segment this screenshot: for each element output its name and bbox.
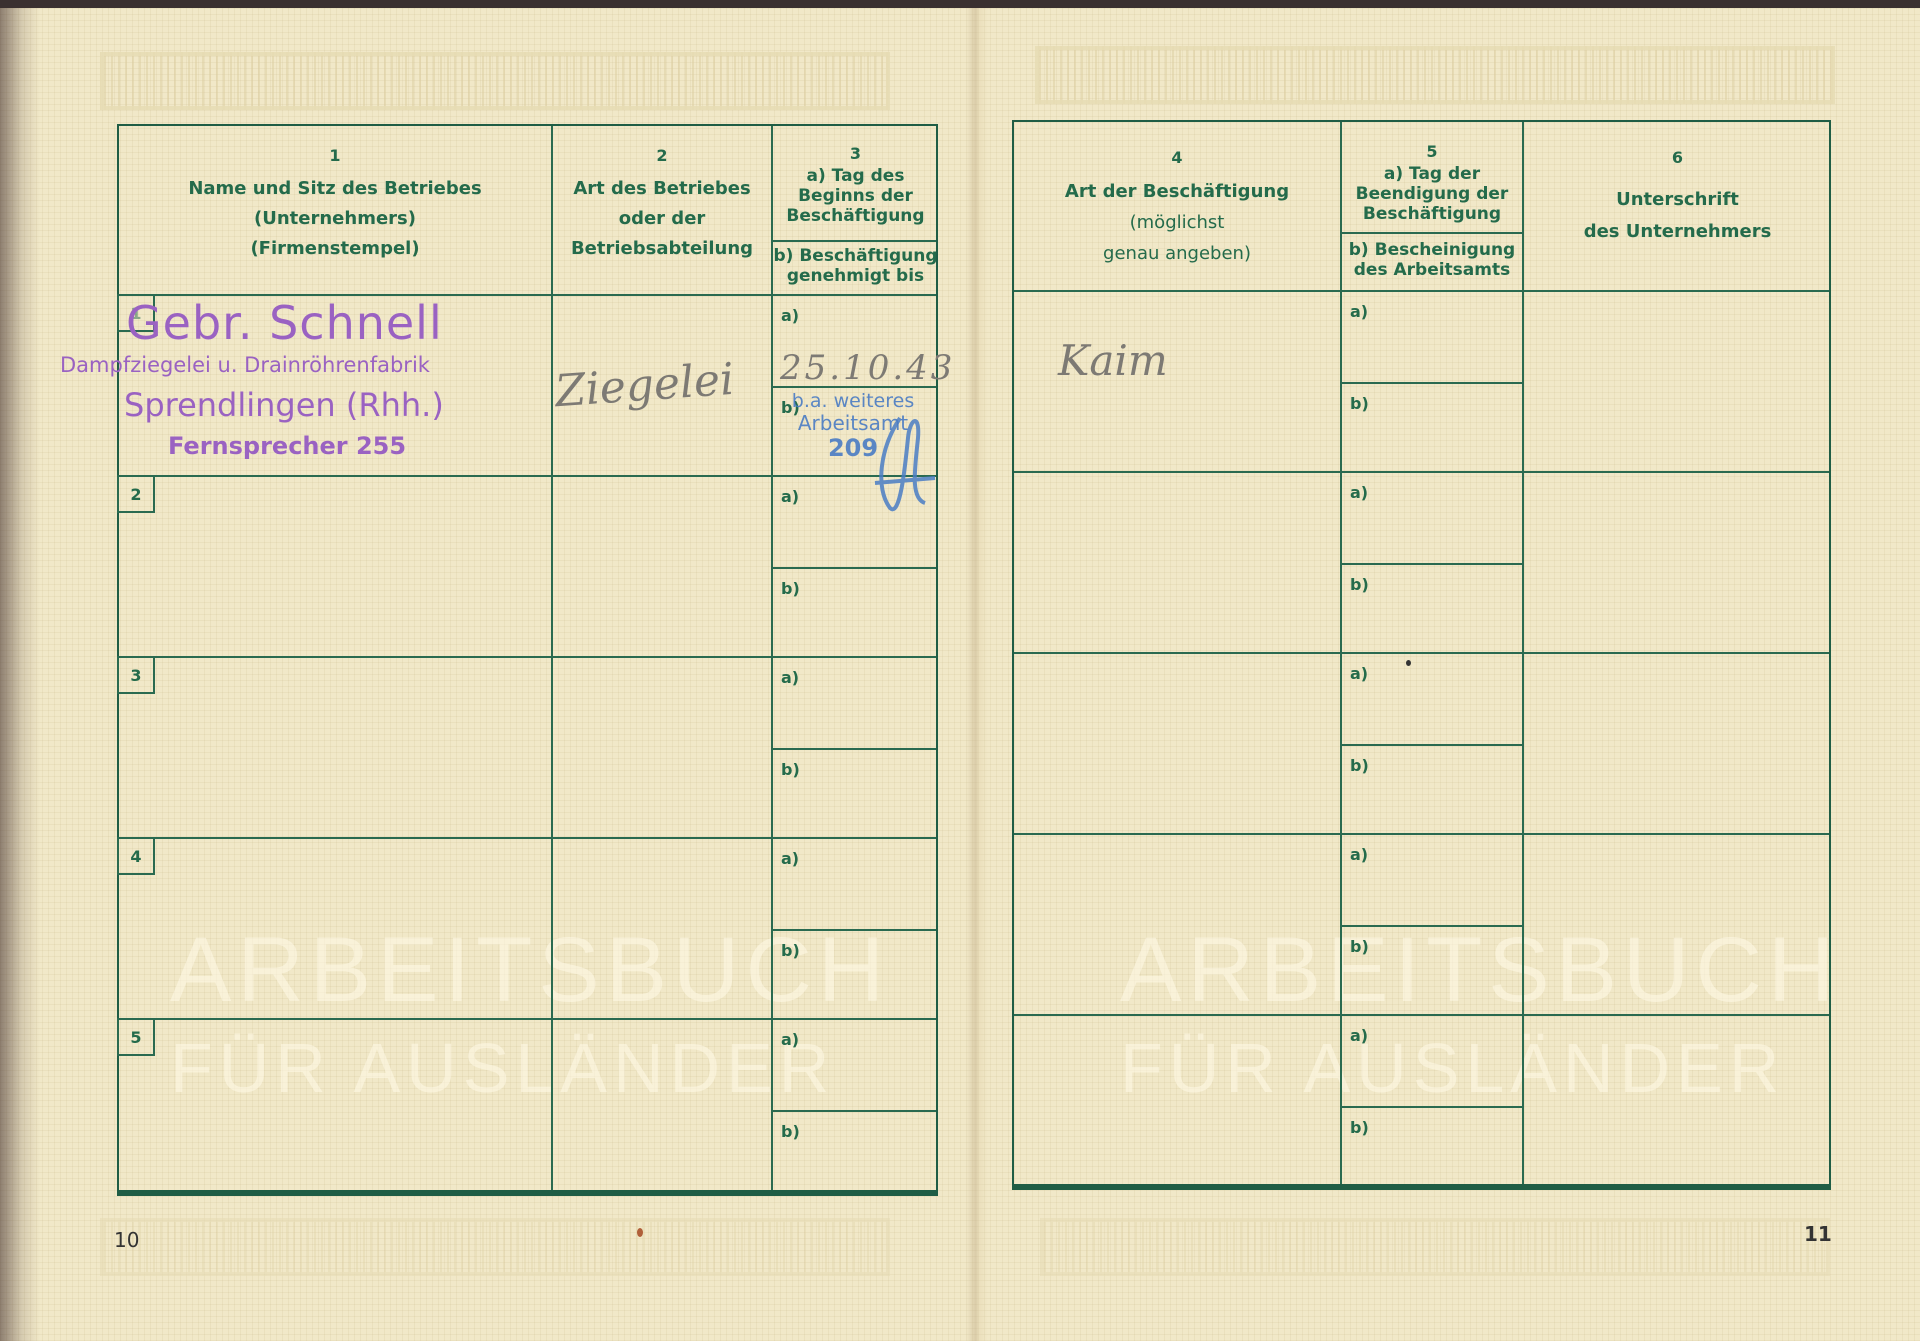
col3-header-split <box>771 240 936 242</box>
row3-b-label: b) <box>781 760 800 779</box>
table-bottom-rule <box>117 1191 938 1196</box>
row4-b-label: b) <box>781 941 800 960</box>
col3a-line2: Beginns der <box>773 186 938 206</box>
col1-line1: Name und Sitz des Betriebes <box>119 174 551 204</box>
header-col2: 2 Art des Betriebes oder der Betriebsabt… <box>553 144 771 264</box>
company-stamp-name: Gebr. Schnell <box>126 296 443 350</box>
ab-split <box>1340 744 1524 746</box>
column-divider <box>551 126 553 1190</box>
col3b-line1: b) Beschäftigung <box>773 246 938 266</box>
col3b-line2: genehmigt bis <box>773 266 938 286</box>
row-divider <box>119 837 936 839</box>
col1-line3: (Firmenstempel) <box>119 234 551 264</box>
official-signature-icon <box>870 408 940 523</box>
row-number-4: 4 <box>117 837 155 875</box>
col2-number: 2 <box>553 144 771 168</box>
col2-line3: Betriebsabteilung <box>553 234 771 264</box>
row5-b-label: b) <box>1350 1118 1369 1137</box>
col5b-line1: b) Bescheinigung <box>1342 240 1522 260</box>
row5-b-label: b) <box>781 1122 800 1141</box>
col3a-line3: Beschäftigung <box>773 206 938 226</box>
header-col1: 1 Name und Sitz des Betriebes (Unternehm… <box>119 144 551 264</box>
ab-split <box>1340 925 1524 927</box>
col5-number: 5 <box>1342 142 1522 162</box>
col2-line1: Art des Betriebes <box>553 174 771 204</box>
header-col3a: 3 a) Tag des Beginns der Beschäftigung <box>773 144 938 226</box>
row-number-5: 5 <box>117 1018 155 1056</box>
ab-split <box>1340 382 1524 384</box>
header-col5b: b) Bescheinigung des Arbeitsamts <box>1342 240 1522 280</box>
col4-line1: Art der Beschäftigung <box>1014 176 1340 207</box>
company-stamp-city: Sprendlingen (Rhh.) <box>124 386 444 424</box>
col5-header-split <box>1340 232 1524 234</box>
row2-a-label: a) <box>781 487 799 506</box>
decorative-band-top-right <box>1035 46 1835 104</box>
handwritten-start-date: 25.10.43 <box>780 348 955 388</box>
paper-speck <box>637 1228 643 1237</box>
decorative-band-bottom-left <box>100 1218 890 1276</box>
company-stamp-business: Dampfziegelei u. Drainröhrenfabrik <box>60 353 430 377</box>
col3-number: 3 <box>773 144 938 164</box>
row-divider <box>1014 833 1829 835</box>
col3a-line1: a) Tag des <box>773 166 938 186</box>
header-divider <box>1014 290 1829 292</box>
row-number-label: 4 <box>130 847 141 866</box>
col4-number: 4 <box>1014 146 1340 170</box>
header-col3b: b) Beschäftigung genehmigt bis <box>773 246 938 286</box>
row1-a-label: a) <box>781 306 799 325</box>
row-number-2: 2 <box>117 475 155 513</box>
row-divider <box>119 656 936 658</box>
col1-line2: (Unternehmers) <box>119 204 551 234</box>
row-number-label: 2 <box>130 485 141 504</box>
ab-split <box>1340 1106 1524 1108</box>
col2-line2: oder der <box>553 204 771 234</box>
decorative-band-top-left <box>100 52 890 110</box>
row5-a-label: a) <box>781 1030 799 1049</box>
row-divider <box>1014 1014 1829 1016</box>
col4-line2: (möglichst <box>1014 207 1340 238</box>
row5-a-label: a) <box>1350 1026 1368 1045</box>
header-col4: 4 Art der Beschäftigung (möglichst genau… <box>1014 146 1340 269</box>
row4-a-label: a) <box>1350 845 1368 864</box>
row3-b-label: b) <box>1350 756 1369 775</box>
col5a-line1: a) Tag der <box>1342 164 1522 184</box>
col5a-line3: Beschäftigung <box>1342 204 1522 224</box>
ab-split <box>771 929 936 931</box>
row4-a-label: a) <box>781 849 799 868</box>
document-spread: ARBEITSBUCH FÜR AUSLÄNDER ARBEITSBUCH FÜ… <box>0 8 1920 1341</box>
row-number-label: 3 <box>130 666 141 685</box>
row-divider <box>1014 471 1829 473</box>
row3-a-label: a) <box>781 668 799 687</box>
ab-split <box>771 567 936 569</box>
ab-split <box>771 748 936 750</box>
book-gutter <box>966 8 988 1341</box>
header-col6: 6 Unterschrift des Unternehmers <box>1524 146 1831 248</box>
col5b-line2: des Arbeitsamts <box>1342 260 1522 280</box>
paper-speck <box>1406 660 1411 666</box>
right-employment-table: 4 Art der Beschäftigung (möglichst genau… <box>1012 120 1831 1186</box>
row1-a-label: a) <box>1350 302 1368 321</box>
col6-line1: Unterschrift <box>1524 184 1831 216</box>
page-number-right: 11 <box>1804 1222 1832 1246</box>
col6-number: 6 <box>1524 146 1831 170</box>
col6-line2: des Unternehmers <box>1524 216 1831 248</box>
col1-number: 1 <box>119 144 551 168</box>
left-employment-table: 1 Name und Sitz des Betriebes (Unternehm… <box>117 124 938 1192</box>
row-number-3: 3 <box>117 656 155 694</box>
header-col5a: 5 a) Tag der Beendigung der Beschäftigun… <box>1342 142 1522 224</box>
row4-b-label: b) <box>1350 937 1369 956</box>
row1-b-label: b) <box>1350 394 1369 413</box>
handwritten-occupation: Kaim <box>1058 336 1168 385</box>
page-number-left: 10 <box>114 1228 139 1252</box>
row3-a-label: a) <box>1350 664 1368 683</box>
table-bottom-rule <box>1012 1185 1831 1190</box>
row2-b-label: b) <box>781 579 800 598</box>
row2-b-label: b) <box>1350 575 1369 594</box>
row-number-label: 5 <box>130 1028 141 1047</box>
ab-split <box>1340 563 1524 565</box>
row2-a-label: a) <box>1350 483 1368 502</box>
decorative-band-bottom-right <box>1040 1218 1830 1276</box>
row-divider <box>119 475 936 477</box>
row-divider <box>119 1018 936 1020</box>
col5a-line2: Beendigung der <box>1342 184 1522 204</box>
company-stamp-phone: Fernsprecher 255 <box>168 432 406 460</box>
col4-line3: genau angeben) <box>1014 238 1340 269</box>
ab-split <box>771 1110 936 1112</box>
row-divider <box>1014 652 1829 654</box>
